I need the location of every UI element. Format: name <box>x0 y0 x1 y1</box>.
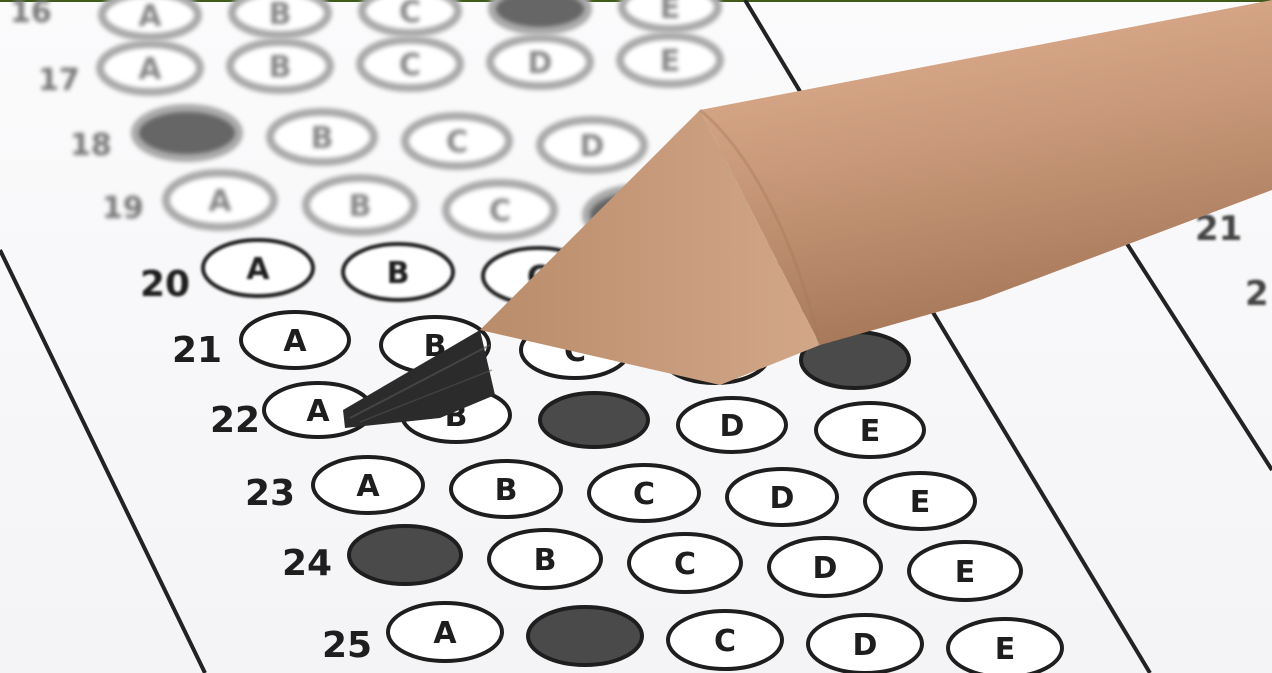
graphite-tip <box>343 330 495 428</box>
pencil <box>0 0 1272 673</box>
photo-scene: 16ABCE17ABCDE18BCDE19ABCE20ABCDE21ABCD22… <box>0 0 1272 673</box>
